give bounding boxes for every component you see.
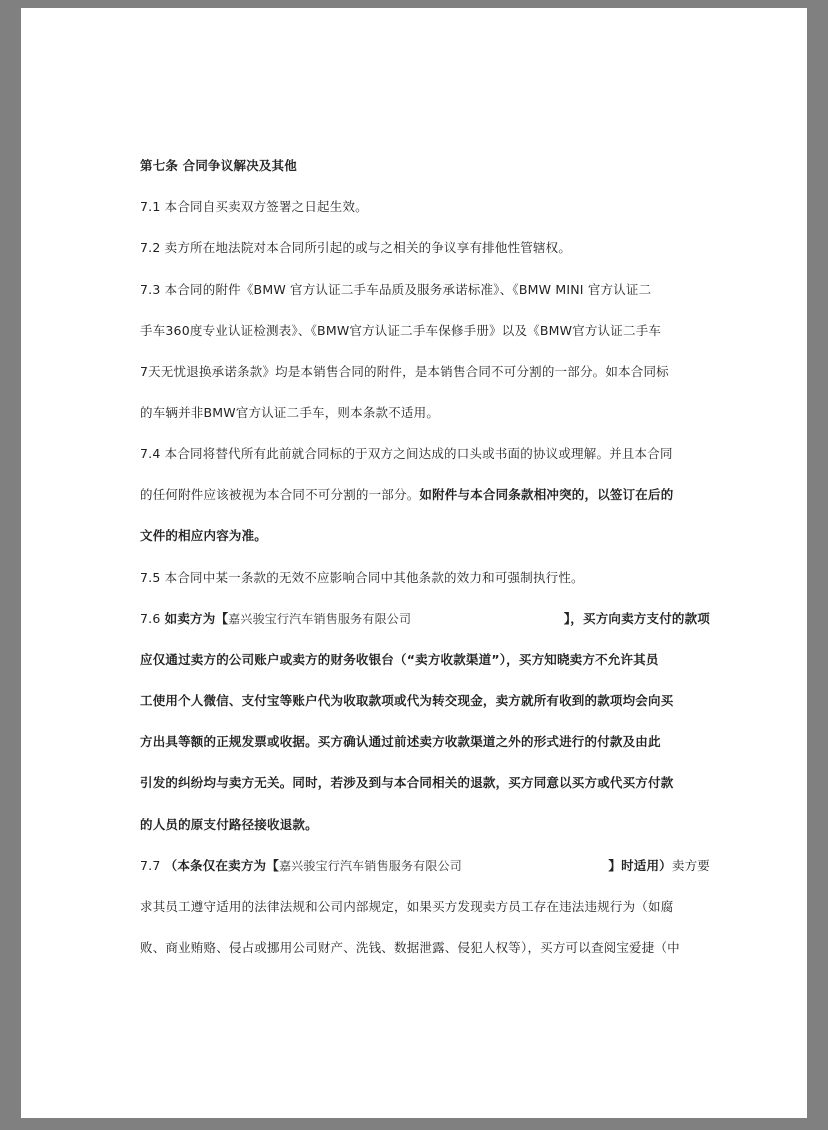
clause-7-7-line-2: 求其员工遵守适用的法律法规和公司内部规定，如果买方发现卖方员工存在违法违规行为（… (140, 899, 710, 915)
clause-7-4-normal: 的任何附件应该被视为本合同不可分割的一部分。 (140, 487, 419, 502)
clause-7-6-line-6: 的人员的原支付路径接收退款。 (140, 817, 710, 833)
clause-7-1: 7.1 本合同自买卖双方签署之日起生效。 (140, 199, 710, 215)
clause-7-6-number: 7.6 (140, 611, 165, 626)
clause-7-7-line-3: 败、商业贿赂、侵占或挪用公司财产、洗钱、数据泄露、侵犯人权等），买方可以查阅宝爱… (140, 940, 710, 956)
clause-7-2: 7.2 卖方所在地法院对本合同所引起的或与之相关的争议享有排他性管辖权。 (140, 240, 710, 256)
clause-7-3-line-1: 7.3 本合同的附件《BMW 官方认证二手车品质及服务承诺标准》、《BMW MI… (140, 282, 710, 298)
clause-7-7-line-1: 7.7 （本条仅在卖方为【嘉兴骏宝行汽车销售服务有限公司 】时适用）卖方要 (140, 858, 710, 874)
clause-7-4-line-3: 文件的相应内容为准。 (140, 528, 710, 544)
clause-7-6-line-4: 方出具等额的正规发票或收据。买方确认通过前述卖方收款渠道之外的形式进行的付款及由… (140, 734, 710, 750)
clause-7-6-line-5: 引发的纠纷均与卖方无关。同时，若涉及到与本合同相关的退款，买方同意以买方或代买方… (140, 775, 710, 791)
clause-7-6-bold-prefix: 如卖方为【 (165, 611, 229, 626)
section-heading: 第七条 合同争议解决及其他 (140, 158, 710, 174)
clause-7-7-bold-prefix: （本条仅在卖方为【 (165, 858, 279, 873)
clause-7-4-line-2: 的任何附件应该被视为本合同不可分割的一部分。如附件与本合同条款相冲突的，以签订在… (140, 487, 710, 503)
clause-7-3-line-2: 手车360度专业认证检测表》、《BMW官方认证二手车保修手册》以及《BMW官方认… (140, 323, 710, 339)
clause-7-6-bold-suffix: 】，买方向卖方支付的款项 (564, 611, 710, 627)
clause-7-7-bold-suffix: 】时适用） (608, 858, 672, 873)
seller-name-field: 嘉兴骏宝行汽车销售服务有限公司 (279, 859, 462, 873)
clause-7-3-line-3: 7天无忧退换承诺条款》均是本销售合同的附件，是本销售合同不可分割的一部分。如本合… (140, 364, 710, 380)
clause-7-6-line-1: 7.6 如卖方为【嘉兴骏宝行汽车销售服务有限公司 】，买方向卖方支付的款项 (140, 611, 710, 627)
clause-7-7-normal-suffix: 卖方要 (672, 858, 710, 873)
clause-7-6-line-3: 工使用个人微信、支付宝等账户代为收取款项或代为转交现金，卖方就所有收到的款项均会… (140, 693, 710, 709)
clause-7-6-line-2: 应仅通过卖方的公司账户或卖方的财务收银台（“卖方收款渠道”），买方知晓卖方不允许… (140, 652, 710, 668)
clause-7-4-bold: 如附件与本合同条款相冲突的，以签订在后的 (419, 487, 673, 502)
clause-7-3-line-4: 的车辆并非BMW官方认证二手车，则本条款不适用。 (140, 405, 710, 421)
clause-7-7-number: 7.7 (140, 858, 165, 873)
document-page: 第七条 合同争议解决及其他 7.1 本合同自买卖双方签署之日起生效。 7.2 卖… (21, 8, 807, 1118)
seller-name-field: 嘉兴骏宝行汽车销售服务有限公司 (228, 612, 411, 626)
clause-7-5: 7.5 本合同中某一条款的无效不应影响合同中其他条款的效力和可强制执行性。 (140, 570, 710, 586)
clause-7-4-line-1: 7.4 本合同将替代所有此前就合同标的于双方之间达成的口头或书面的协议或理解。并… (140, 446, 710, 462)
